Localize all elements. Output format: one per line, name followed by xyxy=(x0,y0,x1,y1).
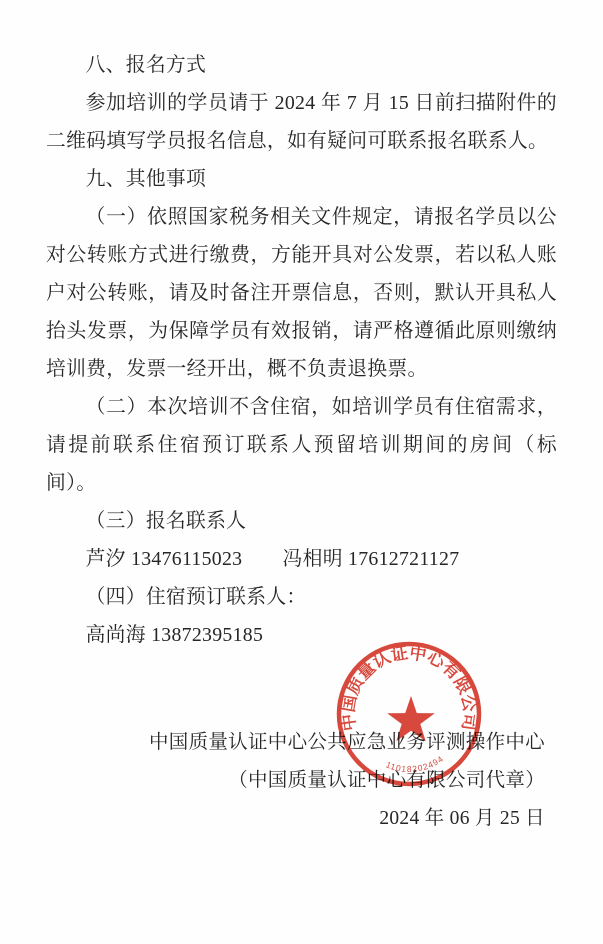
signature-block: 中国质量认证中心公共应急业务评测操作中心 （中国质量认证中心有限公司代章） 20… xyxy=(0,724,603,838)
hotel-contact-line: 高尚海 13872395185 xyxy=(46,616,557,654)
registration-contacts-line: 芦汐 13476115023 冯相明 17612721127 xyxy=(46,540,557,578)
subheading-registration-contacts: （三）报名联系人 xyxy=(46,502,557,540)
subheading-hotel-contact: （四）住宿预订联系人： xyxy=(46,578,557,616)
paragraph-accommodation: （二）本次培训不含住宿，如培训学员有住宿需求，请提前联系住宿预订联系人预留培训期… xyxy=(46,388,557,502)
vertical-spacer xyxy=(0,654,603,724)
seal-on-behalf-note: （中国质量认证中心有限公司代章） xyxy=(0,762,545,800)
signing-organization: 中国质量认证中心公共应急业务评测操作中心 xyxy=(0,724,545,762)
section-heading-other-matters: 九、其他事项 xyxy=(46,160,557,198)
paragraph-registration-method: 参加培训的学员请于 2024 年 7 月 15 日前扫描附件的二维码填写学员报名… xyxy=(46,84,557,160)
paragraph-payment-rules: （一）依照国家税务相关文件规定，请报名学员以公对公转账方式进行缴费，方能开具对公… xyxy=(46,198,557,388)
document-page: 八、报名方式 参加培训的学员请于 2024 年 7 月 15 日前扫描附件的二维… xyxy=(0,0,603,944)
section-heading-registration: 八、报名方式 xyxy=(46,46,557,84)
document-body: 八、报名方式 参加培训的学员请于 2024 年 7 月 15 日前扫描附件的二维… xyxy=(0,0,603,654)
document-date: 2024 年 06 月 25 日 xyxy=(0,800,545,838)
